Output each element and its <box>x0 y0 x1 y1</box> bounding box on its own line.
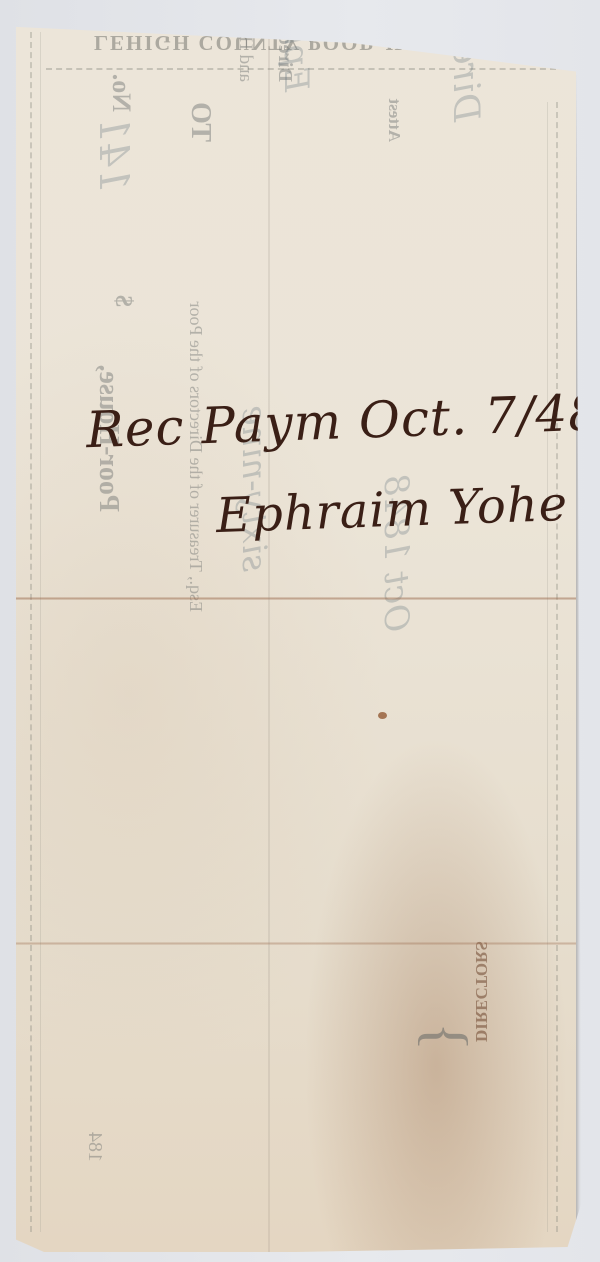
bleed-through-to: TO <box>184 102 216 142</box>
ornamental-border-right <box>547 102 558 1232</box>
bracket-brace: { <box>411 1022 480 1051</box>
ink-spot <box>378 712 387 719</box>
document-paper: LEHIGH COUNTY POOR-HOUSE No. 141 $ TO an… <box>16 12 576 1252</box>
bleed-through-dollar: $ <box>109 295 136 307</box>
bleed-through-treasurer-line: Esq., Treasurer of the Directors of the … <box>185 302 206 612</box>
fold-crease-lower <box>16 942 576 945</box>
bleed-through-number-label: No. <box>106 74 136 112</box>
fold-crease-middle <box>16 597 576 600</box>
endorsement-signature: Ephraim Yohe <box>215 476 569 544</box>
fold-crease-vertical <box>268 12 270 1252</box>
bleed-through-year: 184 <box>83 1132 106 1162</box>
ornamental-border-left <box>30 32 41 1232</box>
bleed-through-attest: Attest <box>384 99 404 142</box>
bleed-through-number-value: 141 <box>90 116 136 192</box>
number-label: No. <box>107 74 136 112</box>
endorsement-line-receipt: Rec Paym Oct. 7/48. <box>85 383 600 460</box>
